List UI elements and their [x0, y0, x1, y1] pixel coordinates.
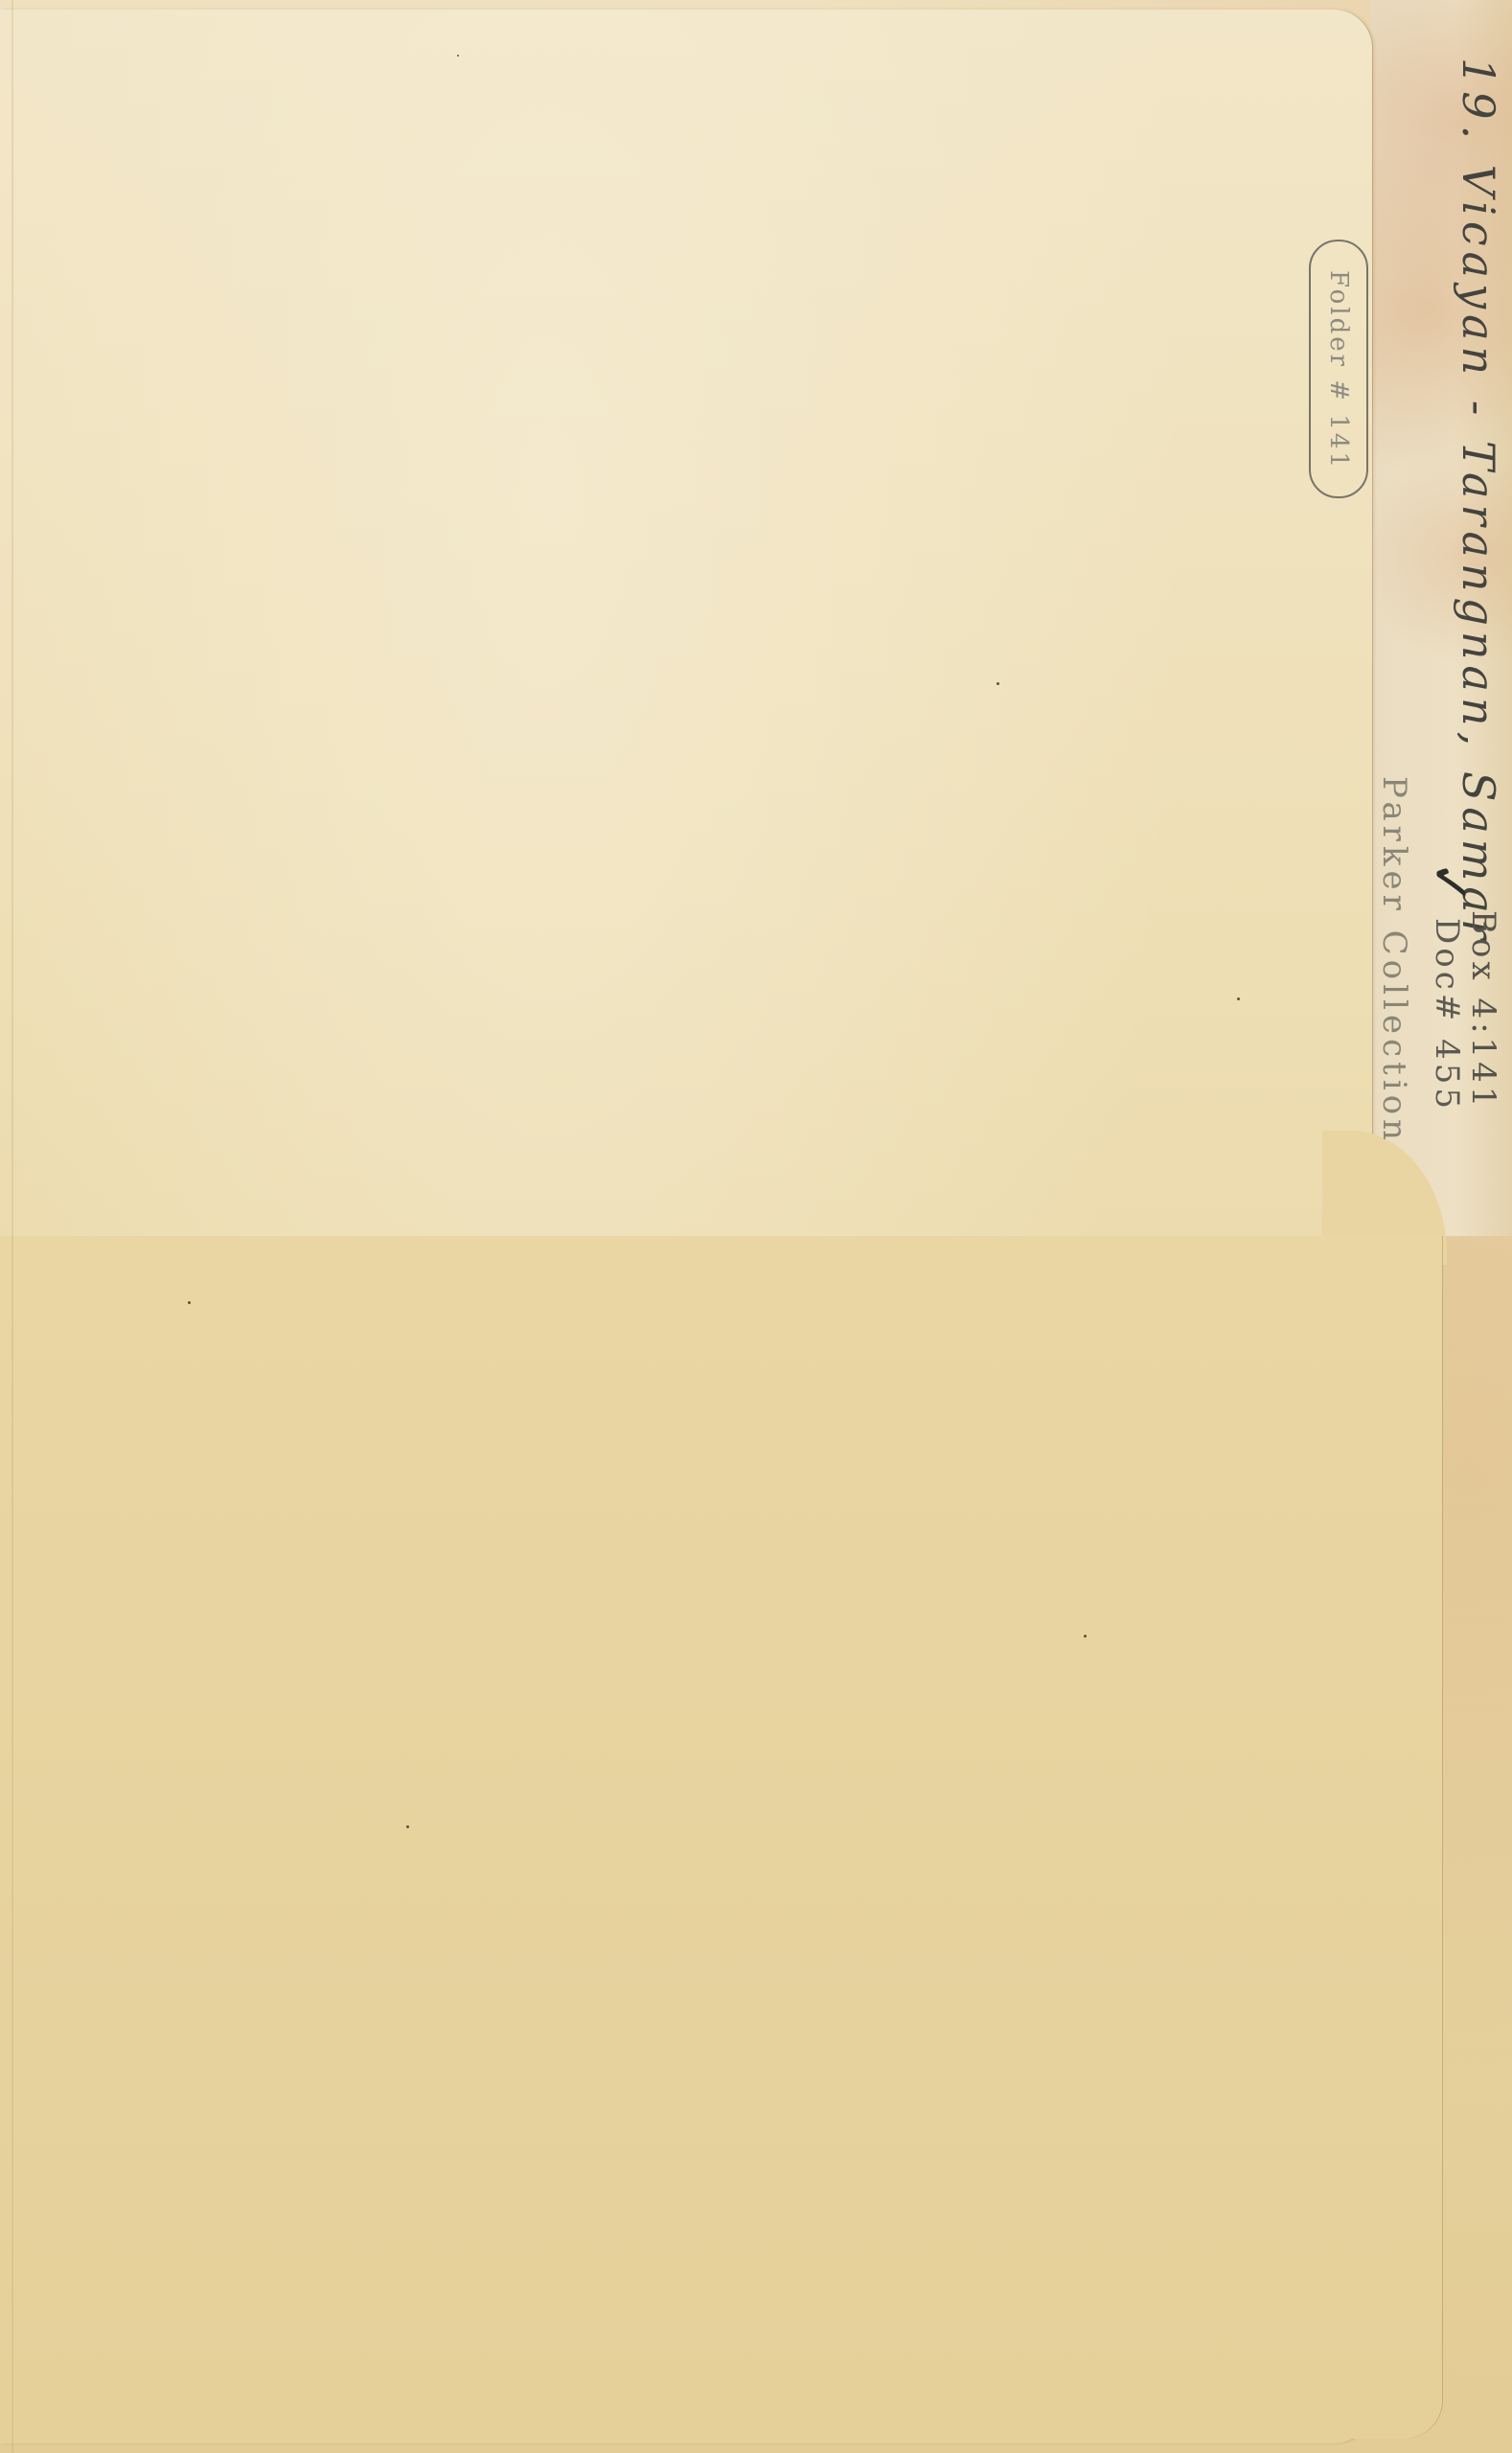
- paper-speck: [406, 1825, 409, 1828]
- paper-speck: [997, 682, 999, 685]
- tab-title-annotation: 19. Vicayan - Tarangnan, Samar: [1453, 57, 1504, 946]
- paper-speck: [457, 55, 459, 57]
- fold-crease: [11, 0, 13, 2453]
- box-number-annotation: Box 4:141: [1464, 910, 1502, 1111]
- folder-front-lower: [0, 1236, 1442, 2439]
- paper-speck: [188, 1301, 191, 1304]
- doc-number-annotation: Doc# 455: [1428, 918, 1466, 1112]
- check-mark-icon: ✓: [1414, 860, 1476, 918]
- collection-annotation: Parker Collection: [1375, 776, 1413, 1145]
- paper-speck: [1084, 1635, 1087, 1638]
- folder-number-annotation: Folder # 141: [1324, 270, 1353, 470]
- paper-speck: [1237, 997, 1240, 1000]
